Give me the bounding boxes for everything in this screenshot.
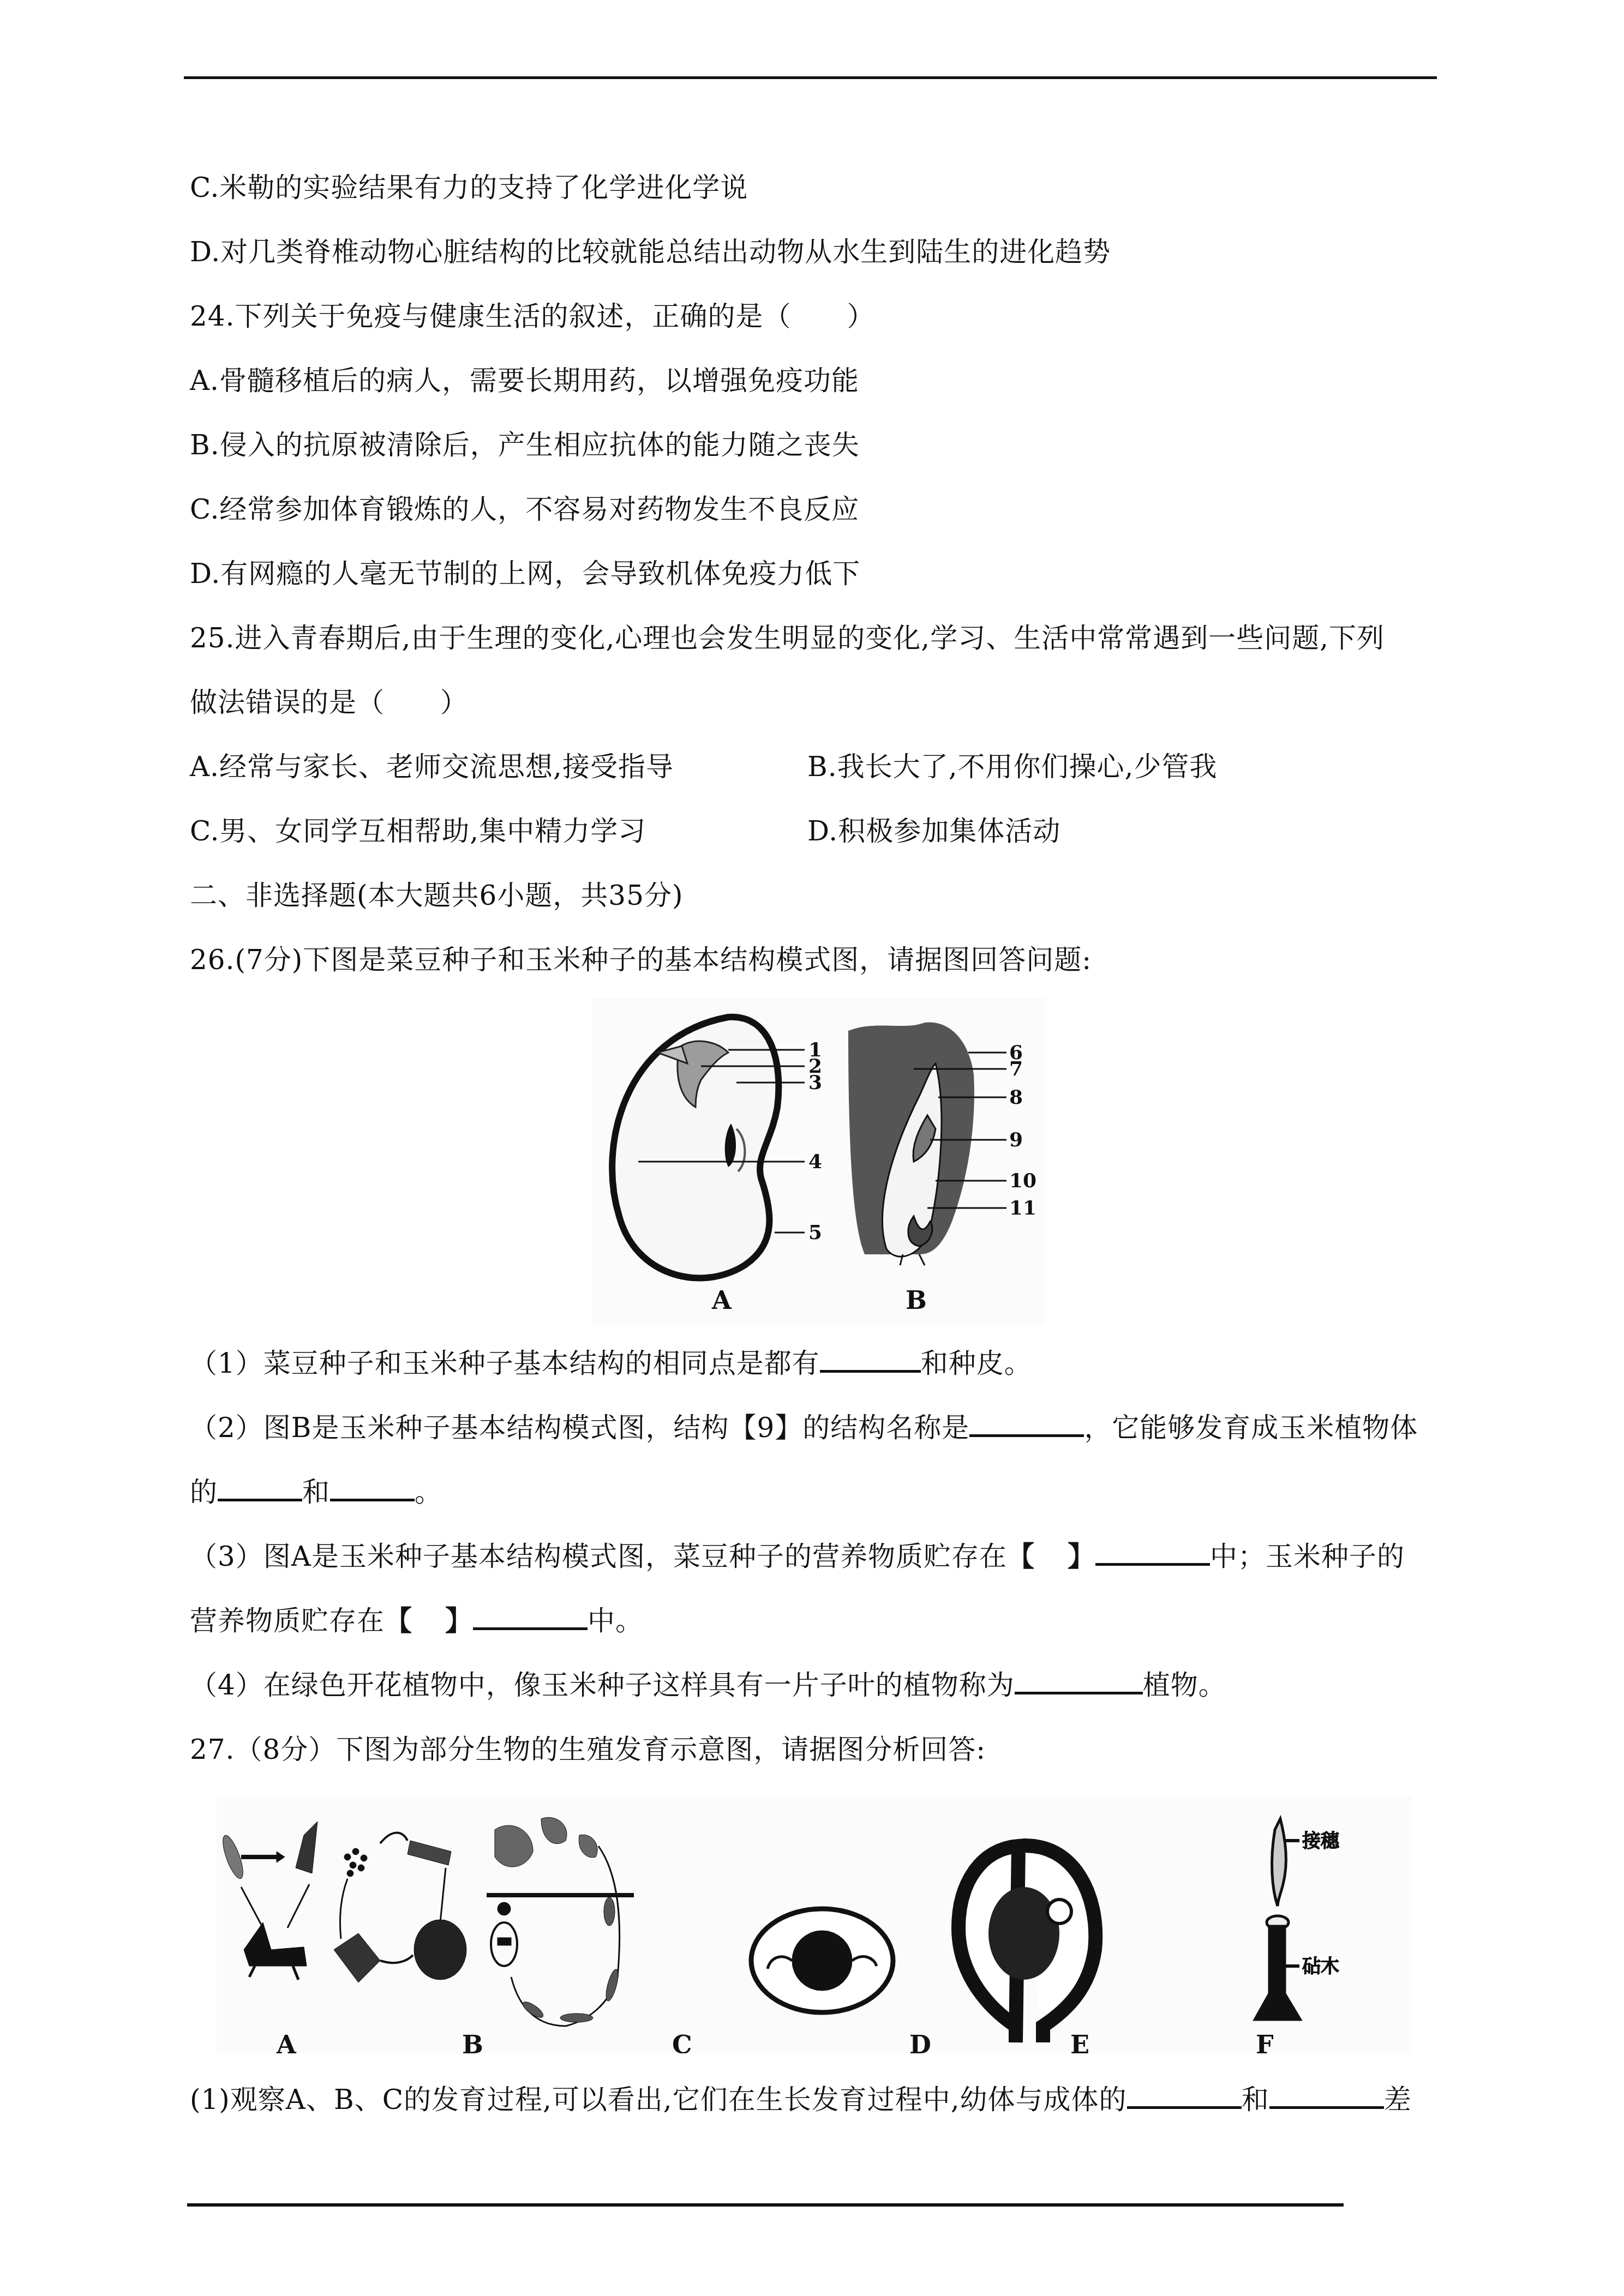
panel-b-label: B xyxy=(906,1285,927,1315)
q25-option-b: B.我长大了,不用你们操心,少管我 xyxy=(807,749,1217,784)
q23-option-c: C.米勒的实验结果有力的支持了化学进化学说 xyxy=(190,170,748,205)
frog-cycle xyxy=(487,1817,634,2026)
q26-sub1: （1）菜豆种子和玉米种子基本结构的相同点是都有和种皮。 xyxy=(190,1346,1032,1381)
uterus-fetus xyxy=(958,1846,1095,2042)
q26-sub2-text: （2）图B是玉米种子基本结构模式图，结构【9】的结构名称是 xyxy=(190,1412,969,1444)
label-8: 8 xyxy=(1009,1086,1023,1109)
q27-sub1-text: (1)观察A、B、C的发育过程,可以看出,它们在生长发育过程中,幼体与成体的 xyxy=(190,2084,1127,2115)
q26-sub3-line1: （3）图A是玉米种子基本结构模式图，菜豆种子的营养物质贮存在【】中；玉米种子的 xyxy=(190,1539,1405,1574)
label-9: 9 xyxy=(1009,1128,1023,1151)
q26-sub4-text-end: 植物。 xyxy=(1143,1669,1226,1701)
fig-label-b: B xyxy=(462,2030,483,2053)
bracket-open: 【 xyxy=(1007,1540,1035,1572)
q26-sub4-text: （4）在绿色开花植物中，像玉米种子这样具有一片子叶的植物称为 xyxy=(190,1669,1015,1701)
fig-label-a: A xyxy=(276,2030,297,2053)
q26-sub1-text: （1）菜豆种子和玉米种子基本结构的相同点是都有 xyxy=(190,1348,820,1379)
q27-sub1: (1)观察A、B、C的发育过程,可以看出,它们在生长发育过程中,幼体与成体的和差 xyxy=(190,2082,1412,2117)
corn-seed-illustration xyxy=(848,1022,974,1265)
seed-structure-figure: 1 2 3 4 5 A 6 7 8 9 10 11 B xyxy=(592,998,1045,1325)
q24-stem: 24.下列关于免疫与健康生活的叙述，正确的是（ ） xyxy=(190,299,875,334)
fig-label-e: E xyxy=(1070,2030,1089,2053)
answer-blank[interactable] xyxy=(473,1603,588,1630)
q26-sub2-line1: （2）图B是玉米种子基本结构模式图，结构【9】的结构名称是，它能够发育成玉米植物… xyxy=(190,1410,1418,1445)
q26-sub2-line2-and: 和 xyxy=(302,1476,330,1508)
grasshopper-cycle xyxy=(219,1822,317,1980)
reproduction-figure: 接穗 砧木 A B C D E F xyxy=(217,1797,1411,2053)
bracket-close: 】 xyxy=(1068,1540,1095,1572)
q25-stem-line1: 25.进入青春期后,由于生理的变化,心理也会发生明显的变化,学习、生活中常常遇到… xyxy=(190,621,1385,656)
label-4: 4 xyxy=(808,1150,822,1173)
answer-blank[interactable] xyxy=(330,1475,415,1501)
answer-blank[interactable] xyxy=(1127,2082,1242,2109)
q27-sub1-and: 和 xyxy=(1242,2084,1269,2115)
q24-option-a: A.骨髓移植后的病人，需要长期用药，以增强免疫功能 xyxy=(190,363,859,398)
bracket-close: 】 xyxy=(445,1604,473,1637)
q26-sub3-text: （3）图A是玉米种子基本结构模式图，菜豆种子的营养物质贮存在 xyxy=(190,1541,1007,1572)
q26-sub2-text-end: ，它能够发育成玉米植物体 xyxy=(1084,1412,1418,1444)
bean-seed-illustration xyxy=(612,1017,778,1278)
footer-rule xyxy=(187,2203,1344,2207)
answer-blank[interactable] xyxy=(1015,1668,1143,1694)
fig-label-d: D xyxy=(909,2030,931,2053)
q26-sub2-line2-end: 。 xyxy=(415,1476,442,1508)
q23-option-d: D.对几类脊椎动物心脏结构的比较就能总结出动物从水生到陆生的进化趋势 xyxy=(190,235,1111,269)
fig-label-c: C xyxy=(672,2030,692,2053)
q25-option-a: A.经常与家长、老师交流思想,接受指导 xyxy=(190,749,674,784)
label-3: 3 xyxy=(808,1071,822,1094)
scion-label: 接穗 xyxy=(1302,1830,1340,1852)
fig-label-f: F xyxy=(1256,2030,1274,2053)
q26-stem: 26.(7分)下图是菜豆种子和玉米种子的基本结构模式图，请据图回答问题: xyxy=(190,942,1092,977)
label-11: 11 xyxy=(1009,1197,1036,1219)
answer-blank[interactable] xyxy=(1095,1539,1210,1566)
bird-egg xyxy=(751,1909,893,2012)
bracket-open: 【 xyxy=(385,1604,412,1637)
section2-heading: 二、非选择题(本大题共6小题，共35分) xyxy=(190,878,683,913)
answer-blank[interactable] xyxy=(218,1475,302,1501)
answer-blank[interactable] xyxy=(1269,2082,1384,2109)
q27-stem: 27.（8分）下图为部分生物的生殖发育示意图，请据图分析回答: xyxy=(190,1732,986,1767)
q26-sub3-text-end: 中；玉米种子的 xyxy=(1210,1541,1405,1572)
q27-sub1-end: 差 xyxy=(1384,2084,1412,2115)
q26-sub1-text-end: 和种皮。 xyxy=(921,1348,1032,1379)
grafting: 接穗 砧木 xyxy=(1253,1819,1340,2021)
panel-a-label: A xyxy=(711,1285,732,1315)
header-rule xyxy=(184,76,1437,79)
q26-sub3-line2-end: 中。 xyxy=(588,1605,643,1637)
label-5: 5 xyxy=(808,1221,822,1244)
label-10: 10 xyxy=(1009,1169,1036,1192)
label-7: 7 xyxy=(1009,1057,1023,1080)
reproduction-diagram: 接穗 砧木 A B C D E F xyxy=(217,1797,1411,2053)
moth-cycle xyxy=(334,1833,466,1982)
answer-blank[interactable] xyxy=(969,1410,1084,1437)
q25-stem-line2: 做法错误的是（ ） xyxy=(190,685,468,720)
q26-sub2-line2: 的和。 xyxy=(190,1475,442,1510)
q24-option-b: B.侵入的抗原被清除后，产生相应抗体的能力随之丧失 xyxy=(190,428,860,462)
q25-option-d: D.积极参加集体活动 xyxy=(807,814,1060,849)
q24-option-c: C.经常参加体育锻炼的人，不容易对药物发生不良反应 xyxy=(190,492,859,527)
seed-diagram: 1 2 3 4 5 A 6 7 8 9 10 11 B xyxy=(592,998,1045,1325)
q25-option-c: C.男、女同学互相帮助,集中精力学习 xyxy=(190,814,646,849)
rootstock-label: 砧木 xyxy=(1302,1956,1339,1978)
q24-option-d: D.有网瘾的人毫无节制的上网，会导致机体免疫力低下 xyxy=(190,556,860,591)
q26-sub2-line2-text: 的 xyxy=(190,1476,218,1508)
q26-sub4: （4）在绿色开花植物中，像玉米种子这样具有一片子叶的植物称为植物。 xyxy=(190,1668,1226,1703)
answer-blank[interactable] xyxy=(820,1346,921,1373)
q26-sub3-line2-text: 营养物质贮存在 xyxy=(190,1605,385,1637)
q26-sub3-line2: 营养物质贮存在【】中。 xyxy=(190,1603,643,1638)
